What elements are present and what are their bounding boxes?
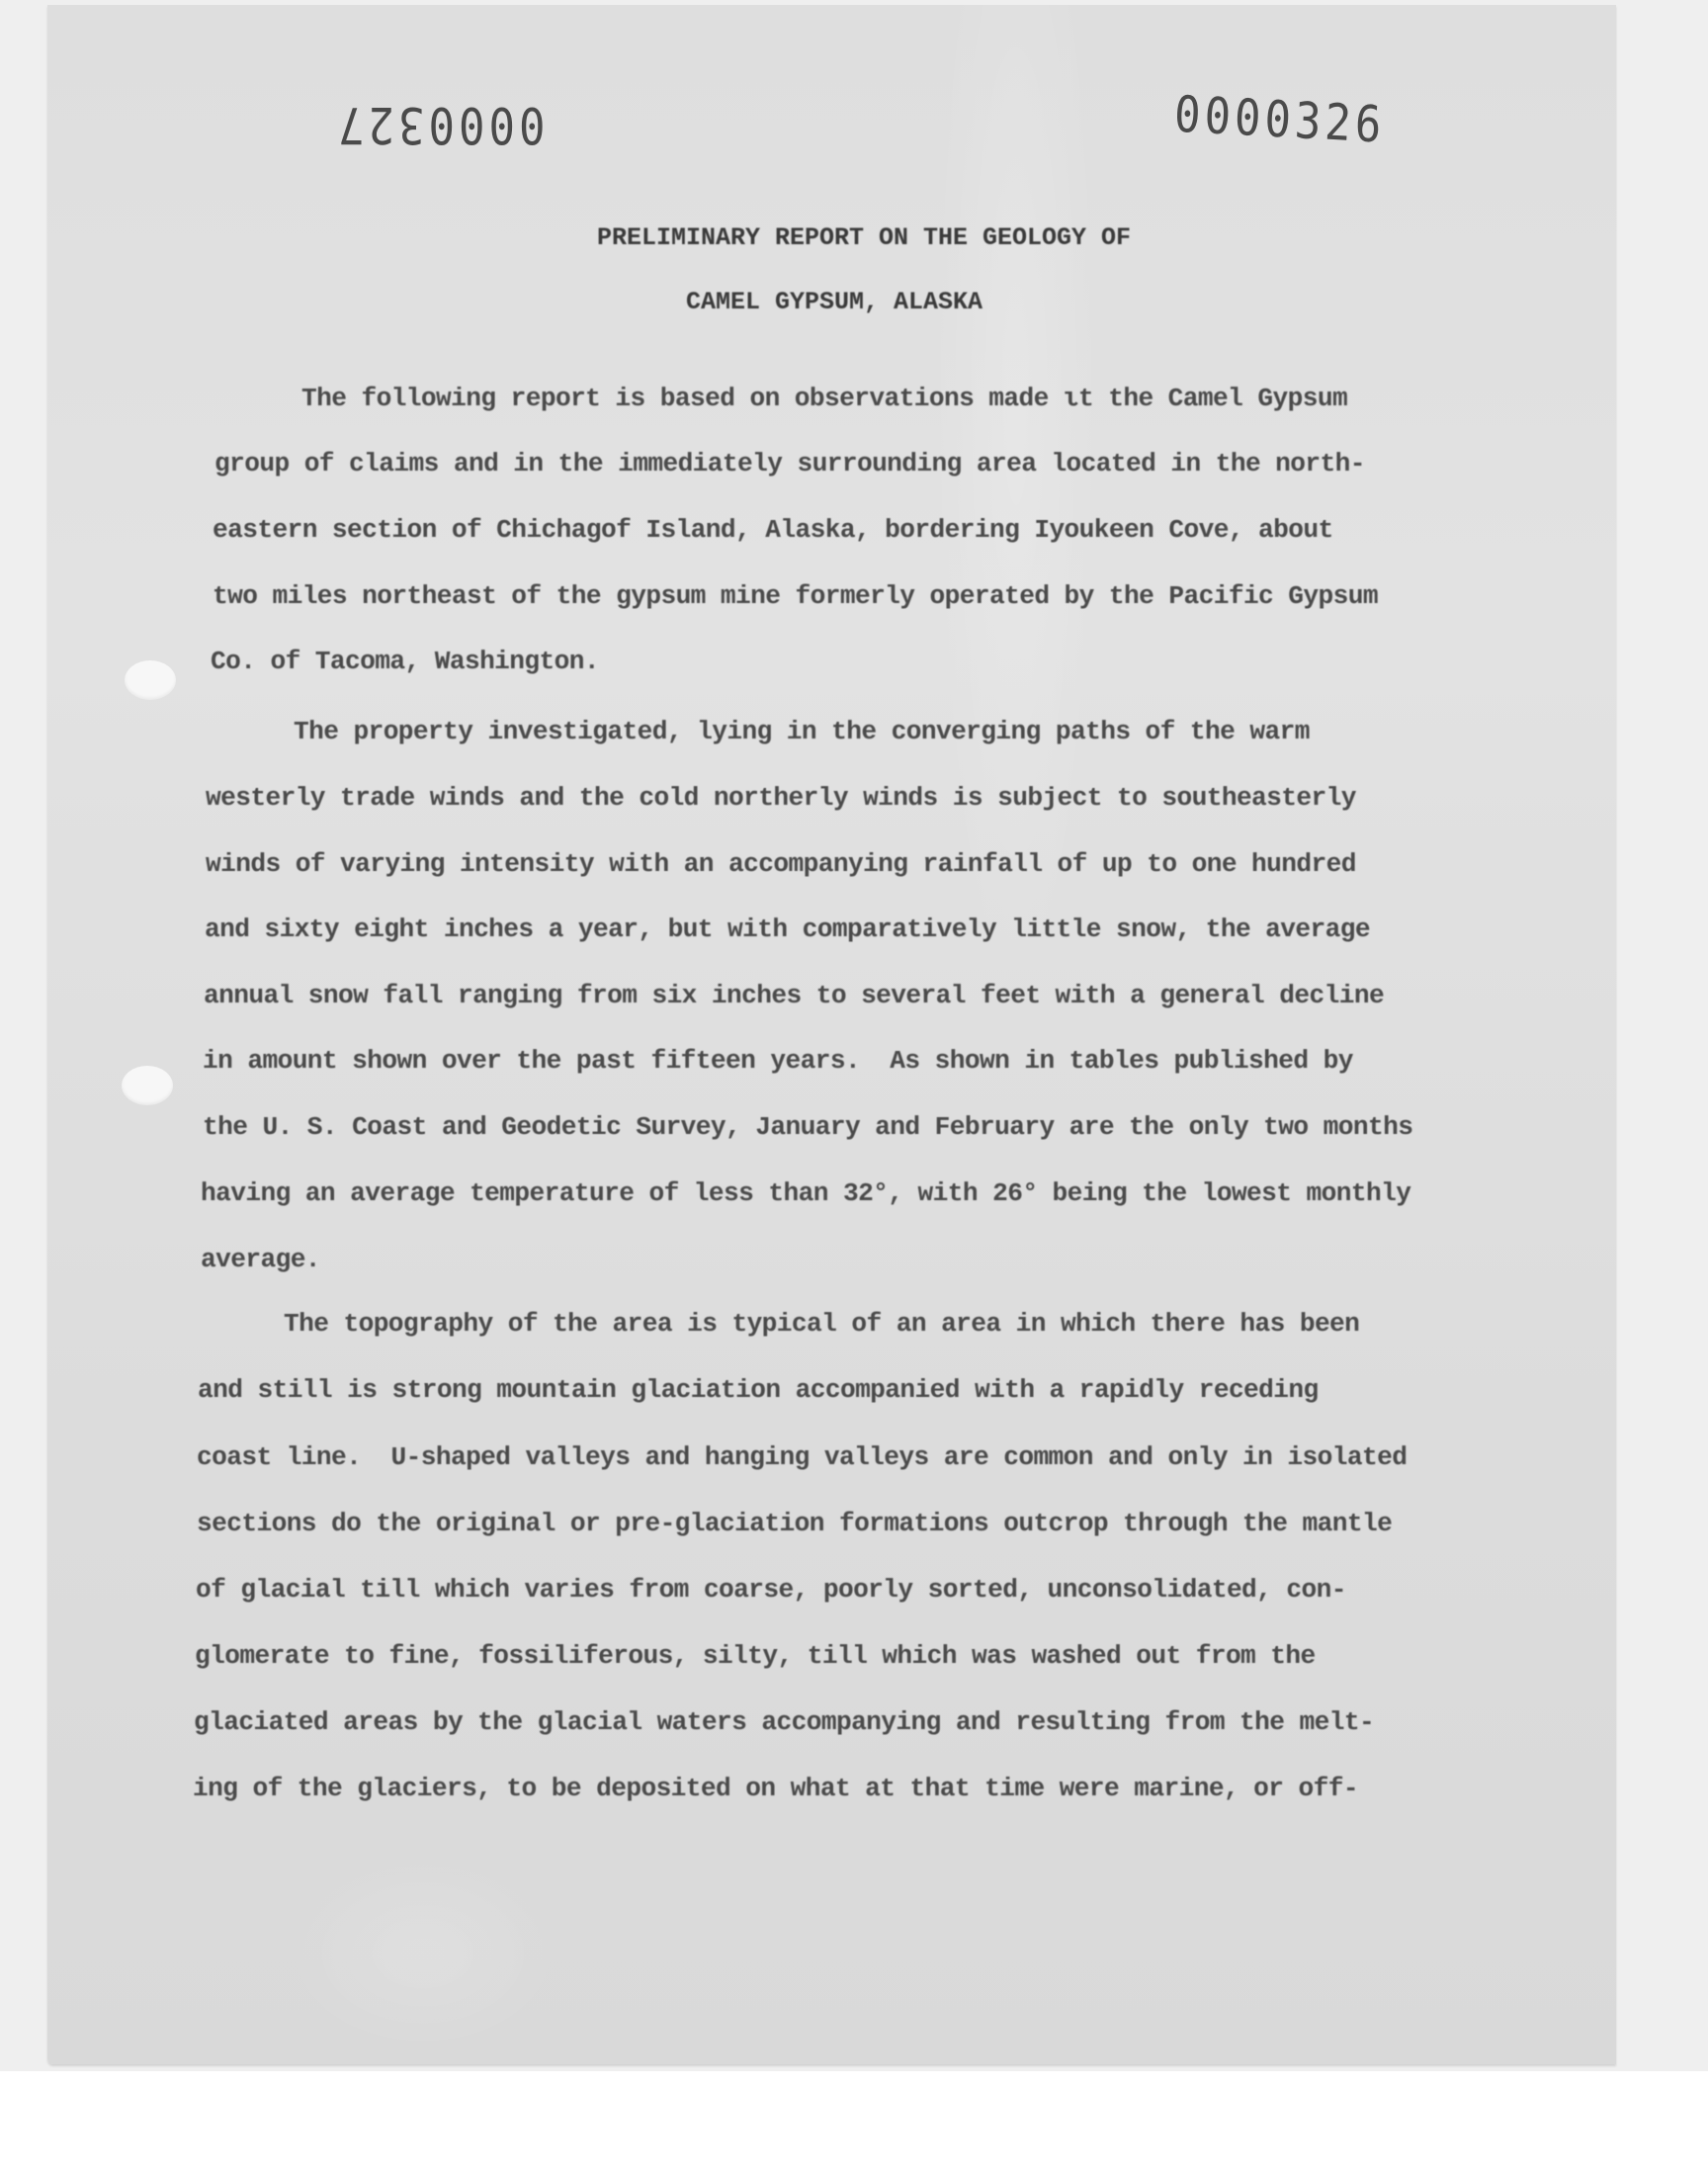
text-line: two miles northeast of the gypsum mine f… bbox=[213, 583, 1378, 609]
text-line: Co. of Tacoma, Washington. bbox=[211, 649, 599, 674]
page-number-stamp-inverted: 0000327 bbox=[334, 95, 545, 153]
text-line: ing of the glaciers, to be deposited on … bbox=[193, 1776, 1358, 1801]
text-line: eastern section of Chichagof Island, Ala… bbox=[213, 517, 1333, 543]
text-line: glomerate to fine, fossiliferous, silty,… bbox=[195, 1643, 1316, 1669]
text-line: The property investigated, lying in the … bbox=[294, 719, 1310, 744]
page-number-stamp: 0000326 bbox=[1173, 86, 1387, 155]
text-line: the U. S. Coast and Geodetic Survey, Jan… bbox=[203, 1114, 1412, 1140]
text-line: of glacial till which varies from coarse… bbox=[196, 1577, 1346, 1603]
text-line: in amount shown over the past fifteen ye… bbox=[203, 1048, 1353, 1074]
text-line: having an average temperature of less th… bbox=[201, 1180, 1410, 1206]
text-line: glaciated areas by the glacial waters ac… bbox=[194, 1709, 1374, 1735]
text-line: average. bbox=[201, 1247, 320, 1272]
text-line: and still is strong mountain glaciation … bbox=[198, 1377, 1319, 1403]
text-line: annual snow fall ranging from six inches… bbox=[204, 983, 1384, 1008]
punch-hole-bottom bbox=[122, 1066, 173, 1105]
text-line: winds of varying intensity with an accom… bbox=[206, 851, 1356, 877]
text-line: coast line. U-shaped valleys and hanging… bbox=[197, 1444, 1407, 1470]
document-title-line-2: CAMEL GYPSUM, ALASKA bbox=[0, 288, 1688, 316]
document-title-line-1: PRELIMINARY REPORT ON THE GEOLOGY OF bbox=[10, 223, 1708, 252]
text-line: The following report is based on observa… bbox=[301, 386, 1347, 411]
text-line: and sixty eight inches a year, but with … bbox=[205, 916, 1370, 942]
text-line: The topography of the area is typical of… bbox=[284, 1311, 1359, 1337]
text-line: sections do the original or pre-glaciati… bbox=[197, 1511, 1392, 1536]
punch-hole-top bbox=[125, 660, 176, 700]
text-line: group of claims and in the immediately s… bbox=[214, 451, 1365, 477]
text-line: westerly trade winds and the cold northe… bbox=[206, 785, 1356, 811]
